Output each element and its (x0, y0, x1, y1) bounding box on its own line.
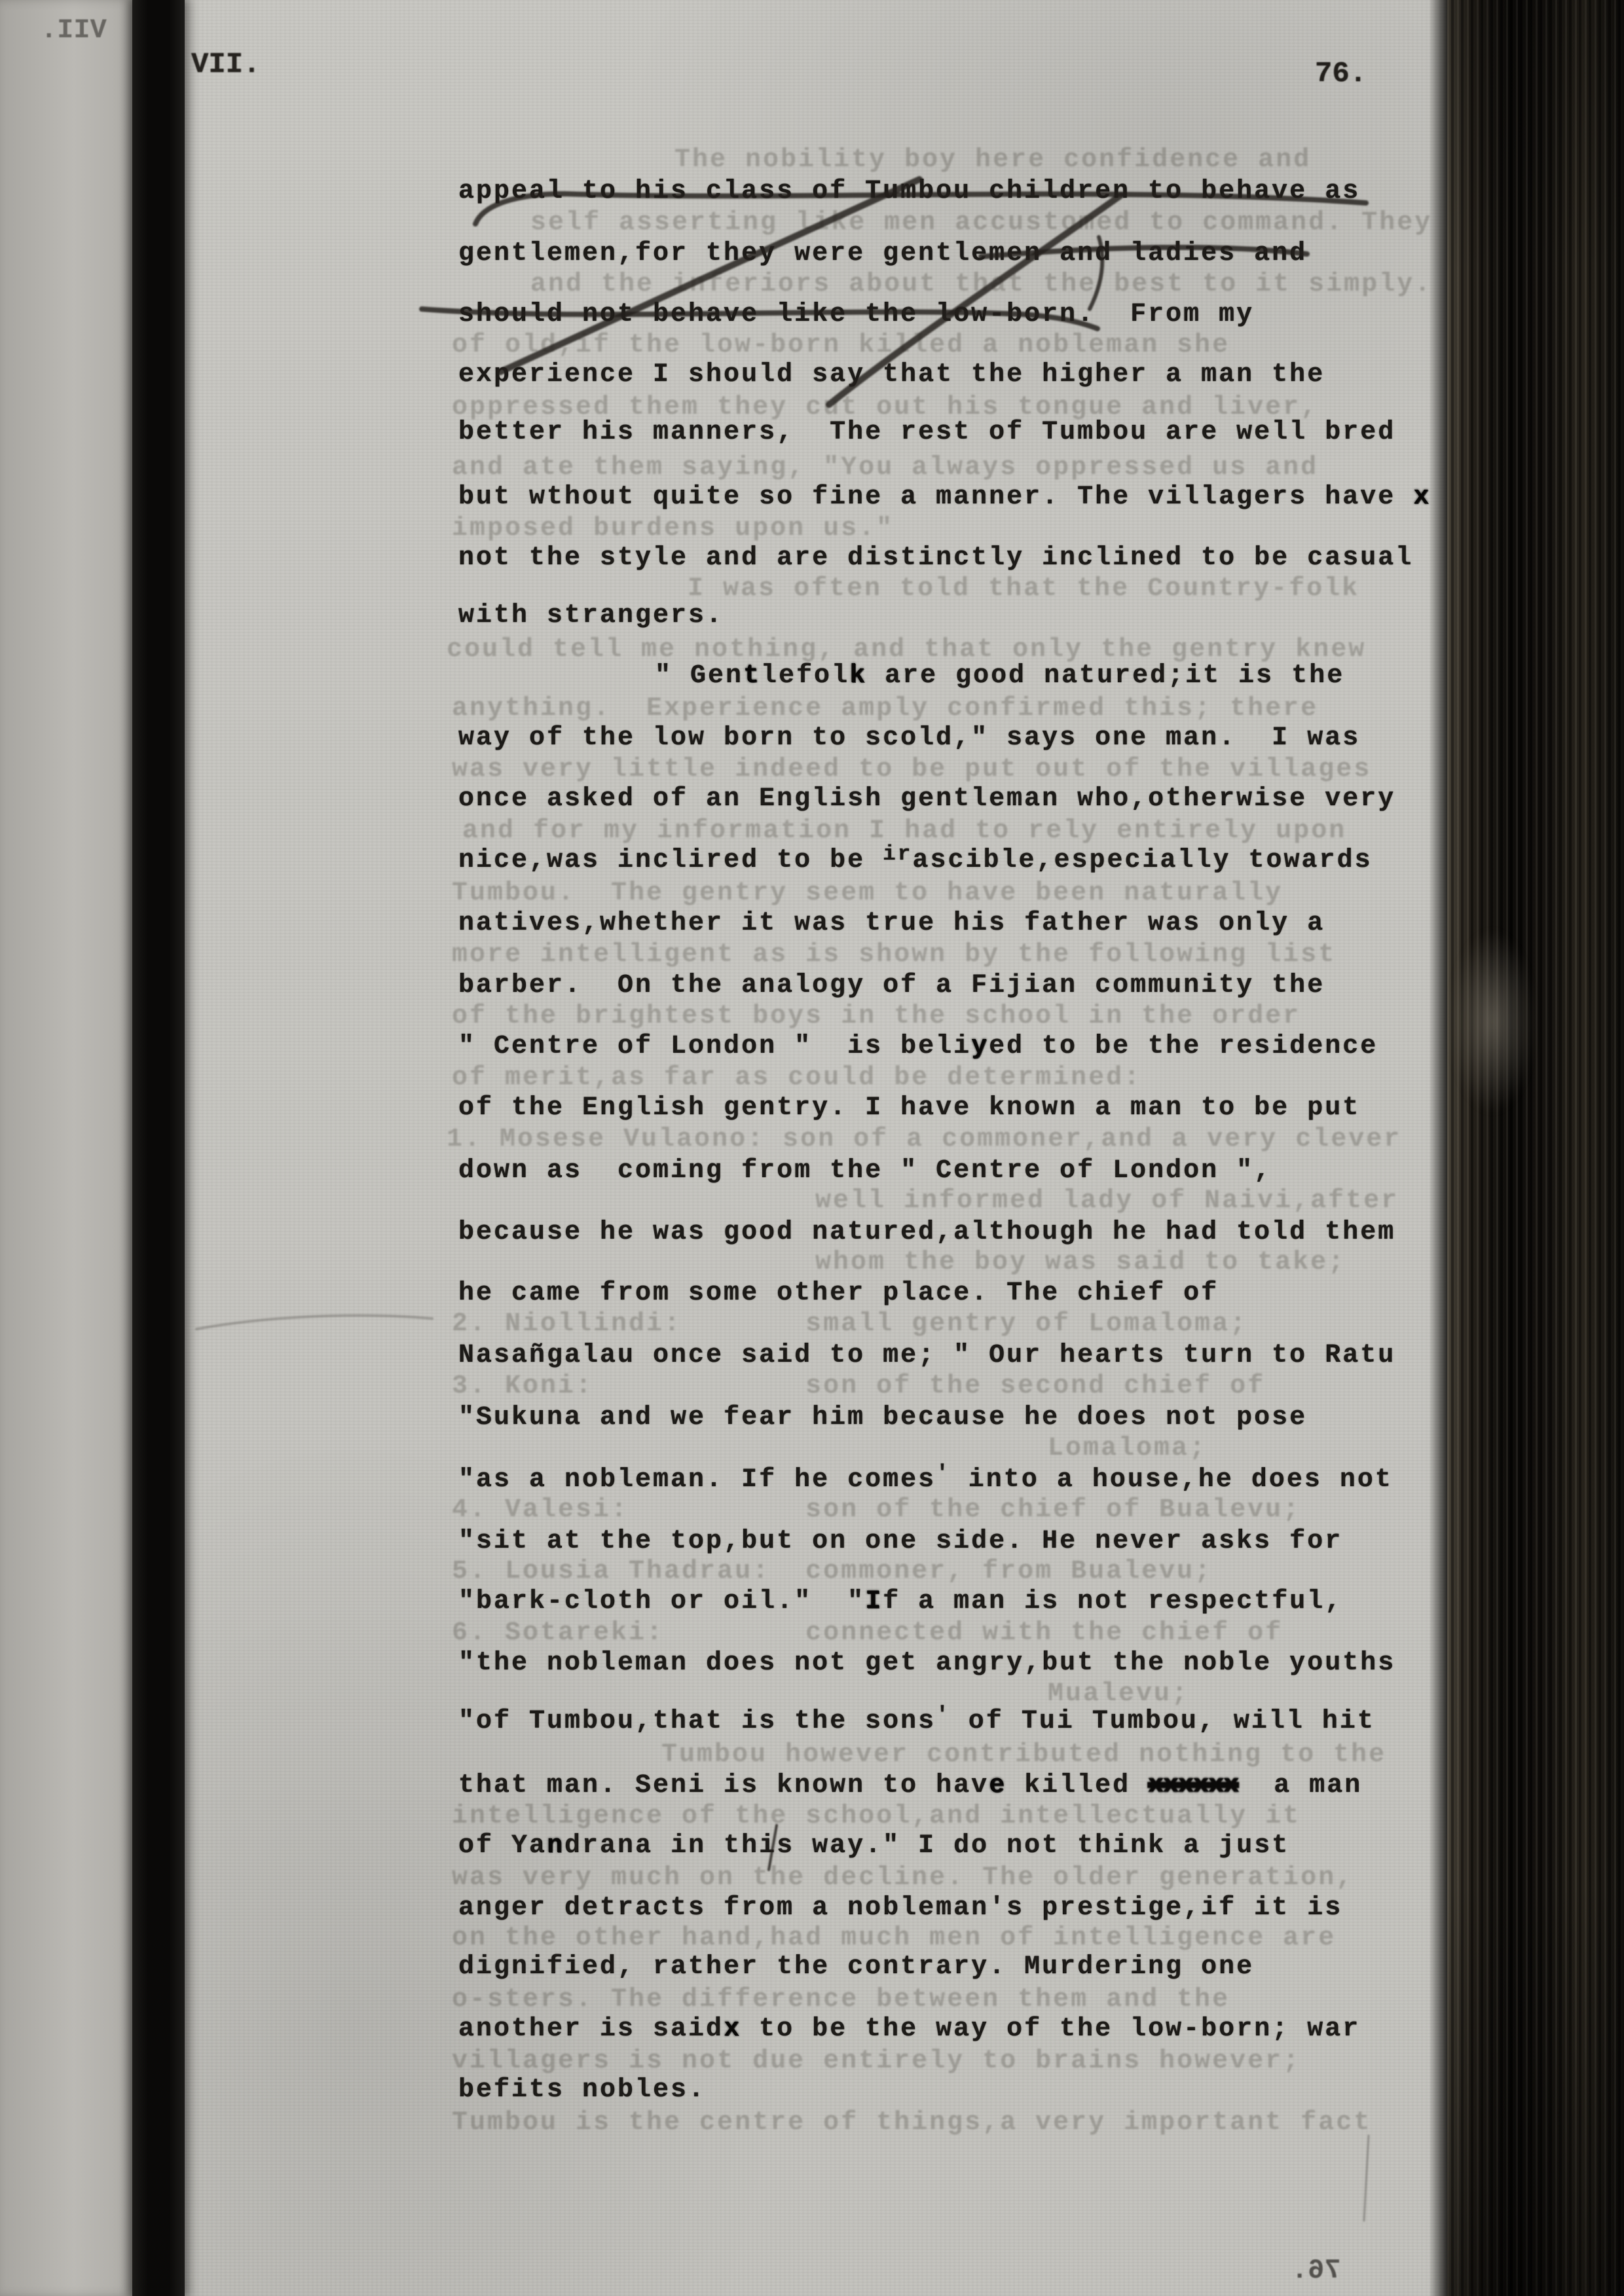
page-number: 76. (1315, 58, 1367, 90)
scanned-typescript-page: The nobility boy here confidence andself… (0, 0, 1624, 2296)
chapter-heading: VII. (191, 48, 261, 81)
pen-stroke (196, 1315, 432, 1329)
pen-strikeout-marks (0, 0, 1624, 2296)
left-page-edge-strip (0, 0, 134, 2296)
pen-stroke (769, 1825, 777, 1870)
pen-stroke (500, 179, 919, 372)
binding-shadow-bar (132, 0, 185, 2296)
bleedthrough-page-number: 76. (1291, 2255, 1341, 2286)
pen-stroke (1364, 2136, 1369, 2221)
pen-stroke (475, 194, 1366, 224)
book-edge-dark-band (1447, 0, 1624, 2296)
edge-band-light-notch (1450, 930, 1535, 1113)
bleedthrough-chapter-numeral: VII. (41, 14, 107, 46)
pen-stroke (422, 309, 1098, 329)
pen-stroke (829, 195, 1121, 405)
pen-stroke (981, 247, 1307, 257)
